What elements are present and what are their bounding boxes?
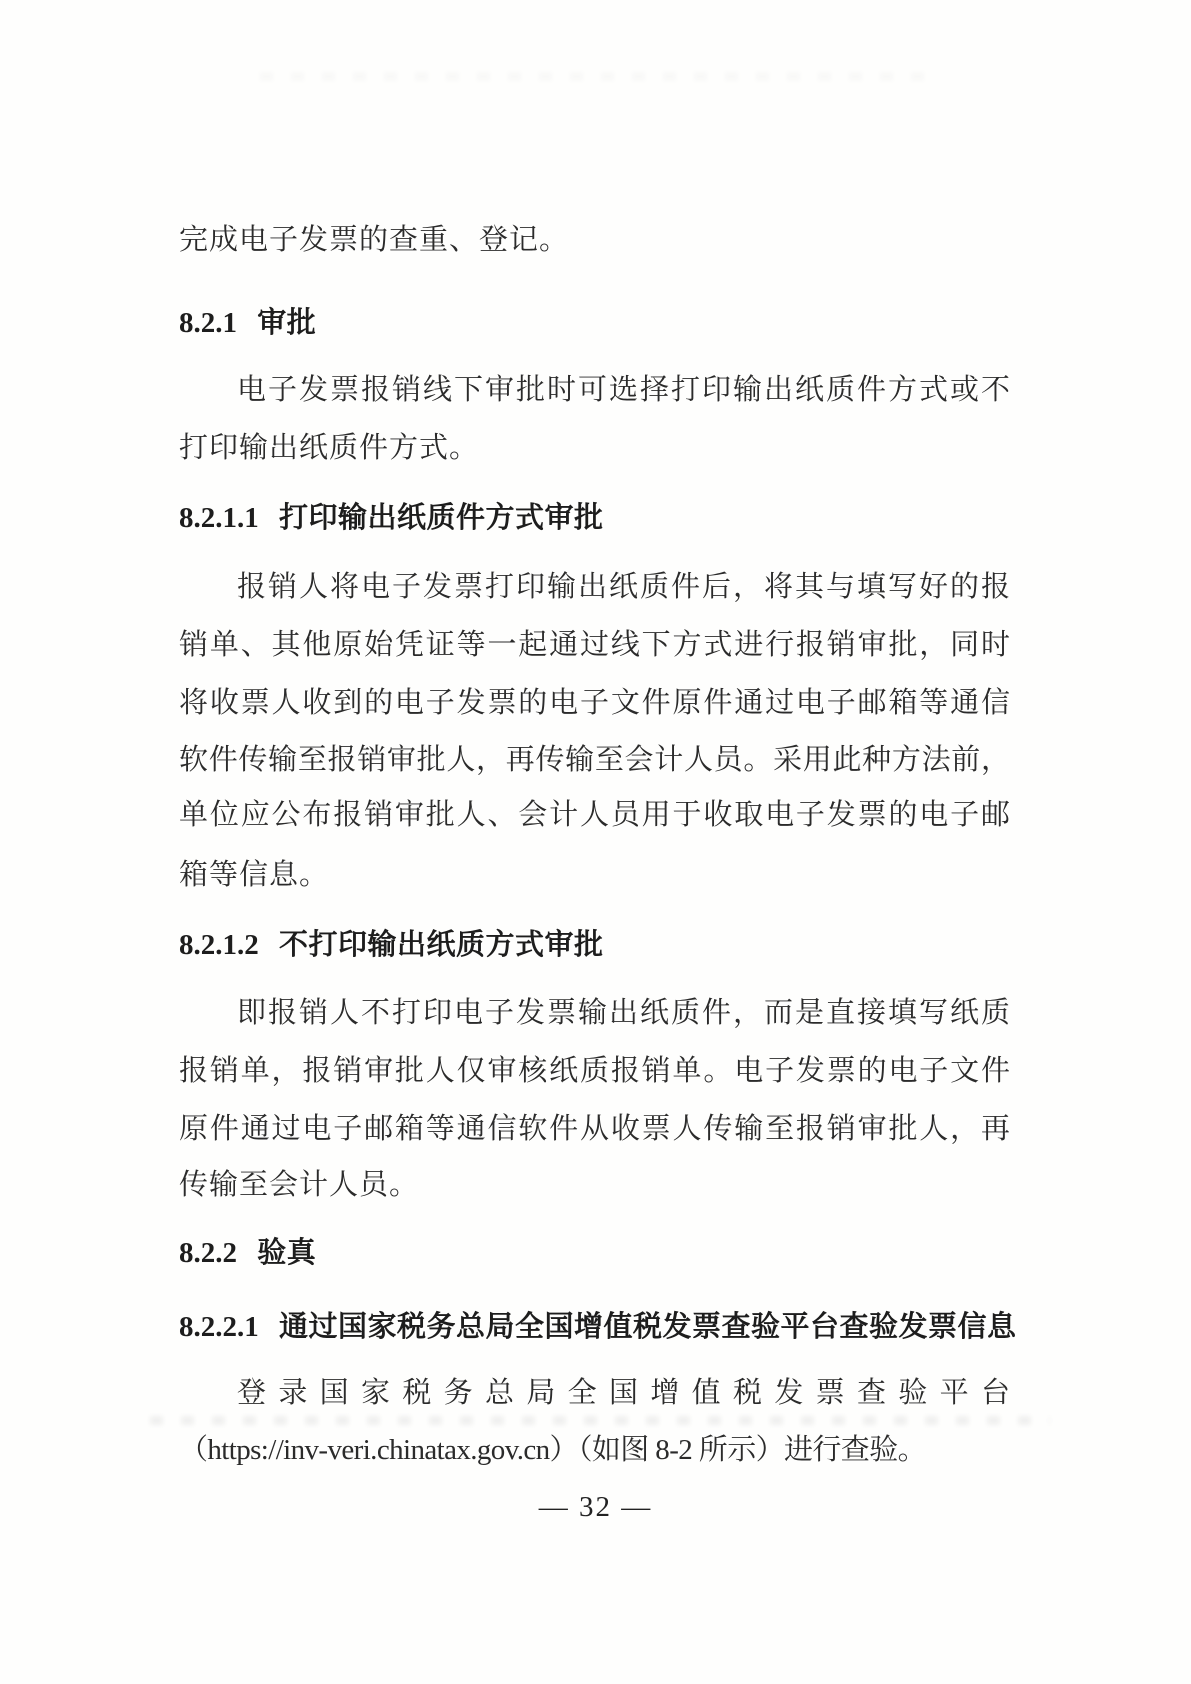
heading-title: 审批 [257, 307, 316, 339]
paragraph-line: 单位应公布报销审批人、会计人员用于收取电子发票的电子邮 [179, 786, 1010, 844]
paragraph-line: 打印输出纸质件方式。 [179, 419, 1010, 477]
heading-title: 不打印输出纸质方式审批 [279, 929, 604, 961]
section-heading-8-2-2-1: 8.2.2.1通过国家税务总局全国增值税发票查验平台查验发票信息 [179, 1298, 1010, 1356]
paragraph-line: 将收票人收到的电子发票的电子文件原件通过电子邮箱等通信 [179, 674, 1010, 732]
scan-bleed-artifact [260, 72, 940, 81]
paragraph-line: 传输至会计人员。 [179, 1156, 1010, 1214]
paragraph-line: 即报销人不打印电子发票输出纸质件，而是直接填写纸质 [179, 984, 1010, 1042]
heading-title: 打印输出纸质件方式审批 [279, 502, 604, 534]
section-heading-8-2-1: 8.2.1审批 [179, 294, 1010, 352]
section-heading-8-2-1-2: 8.2.1.2不打印输出纸质方式审批 [179, 916, 1010, 974]
page-number: — 32 — [0, 1478, 1191, 1536]
heading-title: 验真 [257, 1237, 316, 1269]
section-heading-8-2-1-1: 8.2.1.1打印输出纸质件方式审批 [179, 489, 1010, 547]
section-heading-8-2-2: 8.2.2验真 [179, 1224, 1010, 1282]
paragraph-line: 报销单，报销审批人仅审核纸质报销单。电子发票的电子文件 [179, 1042, 1010, 1100]
paragraph-line: 箱等信息。 [179, 846, 1010, 904]
document-page: 完成电子发票的查重、登记。 8.2.1审批 电子发票报销线下审批时可选择打印输出… [0, 0, 1191, 1684]
heading-number: 8.2.1.1 [179, 502, 259, 534]
paragraph-line: 销单、其他原始凭证等一起通过线下方式进行报销审批，同时 [179, 616, 1010, 674]
paragraph-line: 软件传输至报销审批人，再传输至会计人员。采用此种方法前， [179, 731, 1010, 789]
heading-number: 8.2.1.2 [179, 929, 259, 961]
paragraph-continuation-line: 完成电子发票的查重、登记。 [179, 211, 1010, 269]
paragraph-line: 原件通过电子邮箱等通信软件从收票人传输至报销审批人，再 [179, 1100, 1010, 1158]
heading-title: 通过国家税务总局全国增值税发票查验平台查验发票信息 [279, 1311, 1017, 1343]
paragraph-line-with-url: （https://inv-veri.chinatax.gov.cn）（如图 8-… [179, 1421, 1010, 1479]
paragraph-line: 报销人将电子发票打印输出纸质件后，将其与填写好的报 [179, 558, 1010, 616]
paragraph-line: 登录国家税务总局全国增值税发票查验平台 [179, 1364, 1010, 1422]
heading-number: 8.2.1 [179, 307, 237, 339]
heading-number: 8.2.2 [179, 1237, 237, 1269]
heading-number: 8.2.2.1 [179, 1311, 259, 1343]
paragraph-line: 电子发票报销线下审批时可选择打印输出纸质件方式或不 [179, 361, 1010, 419]
